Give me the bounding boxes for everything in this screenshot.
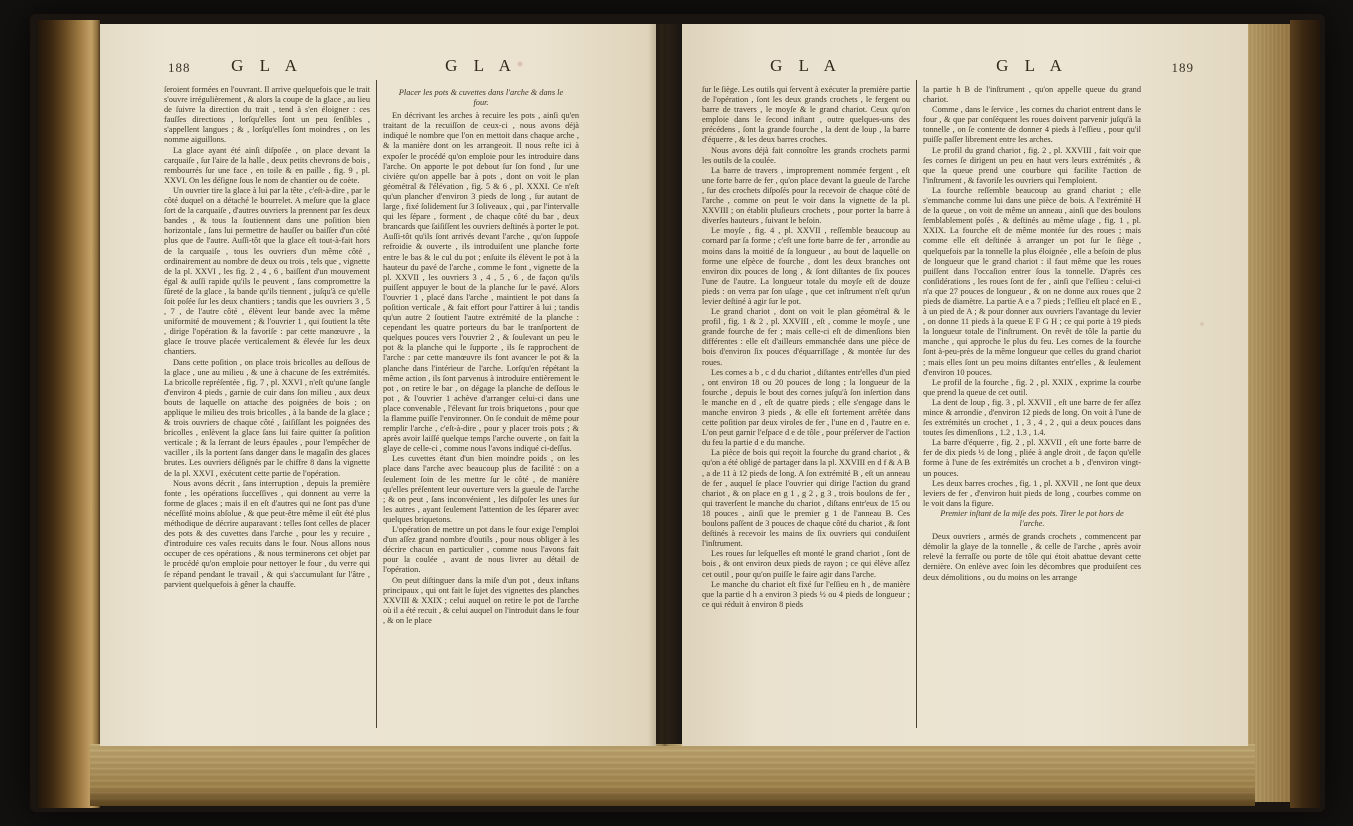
paragraph: La pièce de bois qui reçoit la fourche d… — [702, 448, 910, 549]
paragraph: Les cornes a b , c d du chariot , diſtan… — [702, 368, 910, 449]
paragraph: Nous avons déjà fait connoître les grand… — [702, 146, 910, 166]
paragraph: Les cuvettes étant d'un bien moindre poi… — [383, 454, 579, 525]
paragraph: Comme , dans le ſervice , les cornes du … — [923, 105, 1141, 145]
paragraph: Nous avons décrit , ſans interruption , … — [164, 479, 370, 590]
paragraph: Les roues ſur leſquelles eſt monté le gr… — [702, 549, 910, 579]
paragraph: Dans cette poſition , on place trois bri… — [164, 358, 370, 479]
running-head: G L A — [383, 56, 579, 76]
paragraph: En décrivant les arches à recuire les po… — [383, 111, 579, 454]
page-block-edges-bottom — [90, 744, 1255, 806]
paragraph: ſeroient formées en l'ouvrant. Il arrive… — [164, 85, 370, 146]
paragraph: La barre d'équerre , fig. 2 , pl. XXVII … — [923, 438, 1141, 478]
column-rule — [376, 80, 377, 728]
paragraph: La glace ayant été ainſi diſpoſée , on p… — [164, 146, 370, 186]
paragraph: La dent de loup , fig. 3 , pl. XXVII , e… — [923, 398, 1141, 438]
paragraph: Le moyſe , fig. 4 , pl. XXVII , reſſembl… — [702, 226, 910, 307]
right-page-column-1: G L A ſur le ſiège. Les outils qui ſerve… — [702, 56, 910, 735]
running-head: G L A — [164, 56, 370, 76]
paragraph: La barre de travers , improprement nommé… — [702, 166, 910, 227]
page-block-edges-right — [1248, 24, 1290, 802]
column-rule — [916, 80, 917, 728]
paragraph: Le manche du chariot eſt fixé ſur l'eſſi… — [702, 580, 910, 610]
page-189: 189 G L A ſur le ſiège. Les outils qui ſ… — [682, 24, 1248, 746]
left-page-column-1: G L A ſeroient formées en l'ouvrant. Il … — [164, 56, 370, 735]
page-number-right: 189 — [1172, 60, 1195, 76]
paragraph: On peut diſtinguer dans la miſe d'un pot… — [383, 576, 579, 626]
paragraph: Un ouvrier tire la glace à lui par la tê… — [164, 186, 370, 358]
page-188: 188 G L A ſeroient formées en l'ouvrant.… — [100, 24, 656, 746]
section-heading: Premier inſtant de la miſe des pots. Tir… — [931, 509, 1133, 529]
column-text: la partie h B de l'inſtrument , qu'on ap… — [923, 85, 1141, 735]
paragraph: Le profil de la fourche , fig. 2 , pl. X… — [923, 378, 1141, 398]
paragraph: ſur le ſiège. Les outils qui ſervent à e… — [702, 85, 910, 146]
paragraph: Deux ouvriers , armés de grands crochets… — [923, 532, 1141, 582]
paragraph: Le grand chariot , dont on voit le plan … — [702, 307, 910, 368]
running-head: G L A — [702, 56, 910, 76]
paragraph: Les deux barres croches , fig. 1 , pl. X… — [923, 479, 1141, 509]
paragraph: L'opération de mettre un pot dans le fou… — [383, 525, 579, 575]
left-page-column-2: G L A Placer les pots & cuvettes dans l'… — [383, 56, 579, 735]
paragraph: Le profil du grand chariot , fig. 2 , pl… — [923, 146, 1141, 186]
column-text: ſur le ſiège. Les outils qui ſervent à e… — [702, 85, 910, 735]
book-cover-right-edge — [1290, 20, 1320, 808]
paragraph: la partie h B de l'inſtrument , qu'on ap… — [923, 85, 1141, 105]
right-page-column-2: G L A la partie h B de l'inſtrument , qu… — [923, 56, 1141, 735]
column-text: ſeroient formées en l'ouvrant. Il arrive… — [164, 85, 370, 735]
paragraph: La fourche reſſemble beaucoup au grand c… — [923, 186, 1141, 378]
running-head: G L A — [923, 56, 1141, 76]
column-text: Placer les pots & cuvettes dans l'arche … — [383, 85, 579, 735]
photo-background: 188 G L A ſeroient formées en l'ouvrant.… — [0, 0, 1353, 826]
book-cover-left-edge — [38, 20, 100, 808]
section-heading: Placer les pots & cuvettes dans l'arche … — [391, 88, 571, 108]
